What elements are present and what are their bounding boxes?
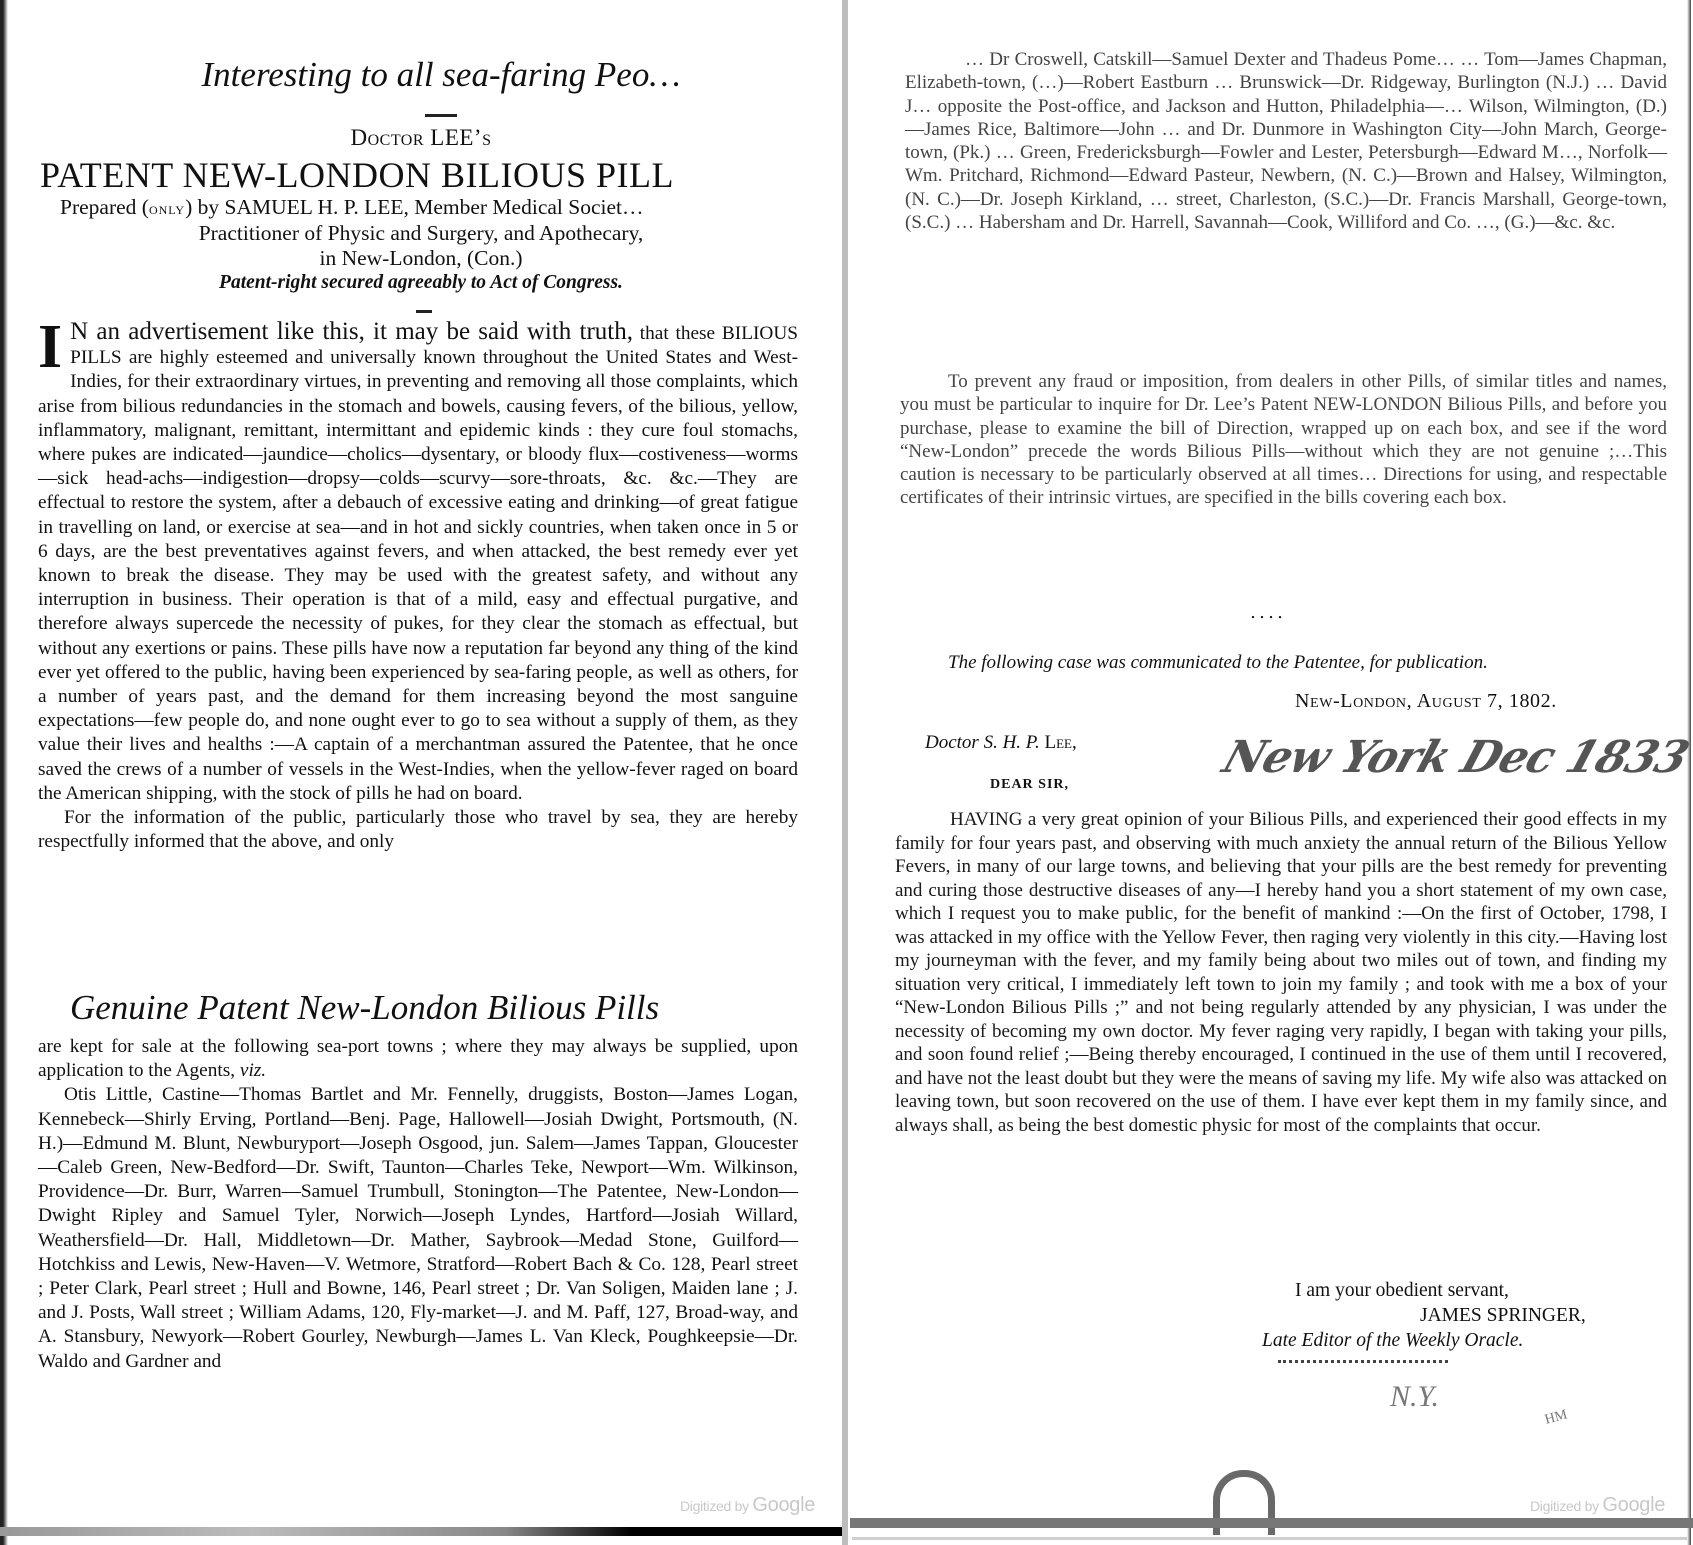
patent-right-line: Patent-right secured agreeably to Act of… <box>0 272 842 294</box>
signature-name: JAMES SPRINGER, <box>1420 1305 1586 1327</box>
main-paragraph: that these BILIOUS PILLS are highly este… <box>38 323 798 804</box>
information-paragraph: For the information of the public, parti… <box>38 806 798 854</box>
separator-dots: ․․․․ <box>1250 602 1286 623</box>
caution-paragraph: To prevent any fraud or imposition, from… <box>900 370 1667 510</box>
ink-scribble <box>1278 1360 1448 1367</box>
dear-sir: DEAR SIR, <box>990 777 1069 793</box>
page-divider <box>842 0 848 1545</box>
lead-sentence: N an advertisement like this, it may be … <box>70 318 633 345</box>
prepared-by-line: Prepared (only) by SAMUEL H. P. LEE, Mem… <box>60 195 644 220</box>
header-interesting-to-seafaring: Interesting to all sea-faring Peo… <box>0 55 842 95</box>
scan-bottom-rule <box>852 1537 1687 1540</box>
letter-dateline: New-London, August 7, 1802. <box>1295 690 1557 713</box>
signature-title: Late Editor of the Weekly Oracle. <box>1262 1330 1523 1352</box>
scan-bottom-edge <box>850 1518 1693 1528</box>
patent-pills-title: PATENT NEW-LONDON BILIOUS PILL <box>40 154 674 196</box>
advertisement-body: I N an advertisement like this, it may b… <box>38 320 798 854</box>
letter-salutation: Doctor S. H. P. Lee, <box>925 732 1077 754</box>
google-watermark: Digitized by Google <box>1530 1494 1665 1517</box>
case-introduction: The following case was communicated to t… <box>948 652 1488 674</box>
section-rule <box>416 310 432 313</box>
doctor-lee-heading: Doctor LEE’s <box>0 125 842 151</box>
google-watermark: Digitized by Google <box>680 1494 815 1517</box>
testimonial-letter-body: HAVING a very great opinion of your Bili… <box>895 808 1667 1137</box>
genuine-pills-heading: Genuine Patent New-London Bilious Pills <box>70 988 659 1028</box>
sale-paragraph: are kept for sale at the following sea-p… <box>38 1035 798 1374</box>
drop-cap: I <box>38 322 62 372</box>
letter-closing: I am your obedient servant, <box>1295 1280 1509 1302</box>
scan-bottom-edge <box>0 1527 842 1536</box>
handwritten-annotation: New York Dec 1833 <box>1217 732 1693 783</box>
page-edge-shadow <box>1687 0 1691 1545</box>
title-rule <box>425 114 457 117</box>
agents-list: Otis Little, Castine—Thomas Bartlet and … <box>38 1083 798 1373</box>
left-page: Interesting to all sea-faring Peo… Docto… <box>0 0 842 1545</box>
practitioner-line: Practitioner of Physic and Surgery, and … <box>0 221 842 246</box>
margin-note: N.Y. <box>1390 1380 1439 1414</box>
location-line: in New-London, (Con.) <box>0 246 842 271</box>
agents-list-continued: … Dr Croswell, Catskill—Samuel Dexter an… <box>905 48 1667 234</box>
